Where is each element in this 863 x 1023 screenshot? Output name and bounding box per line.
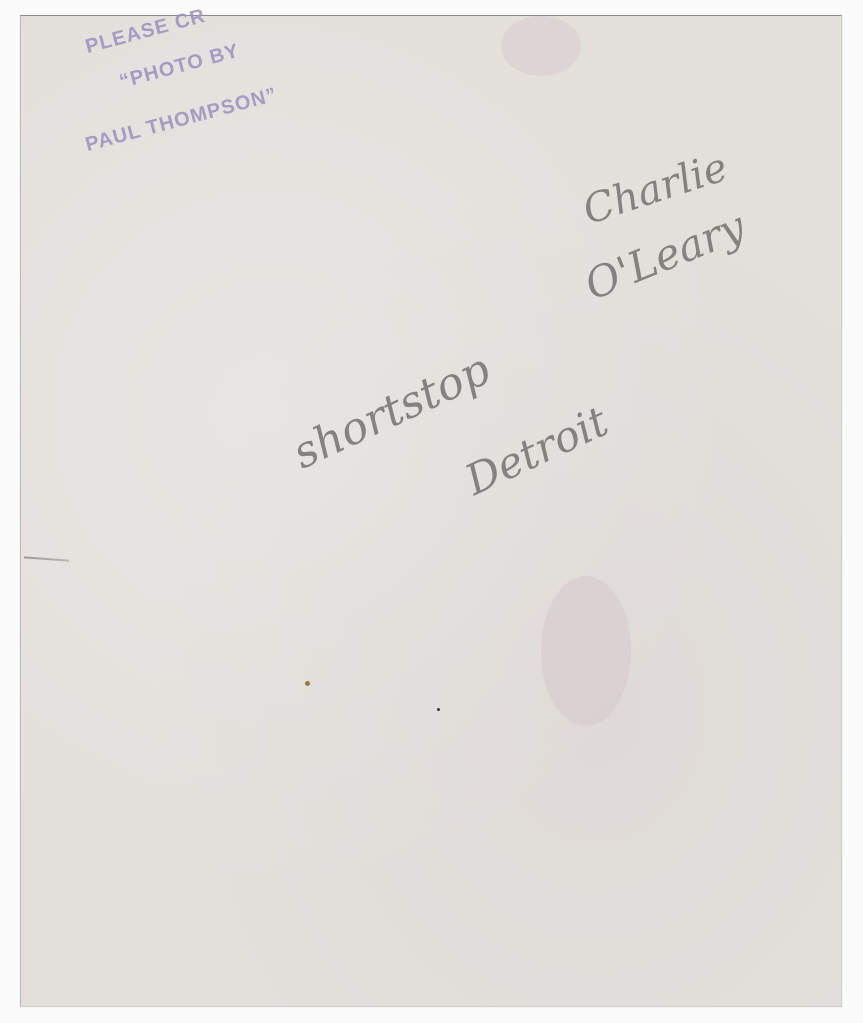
foxing-spot — [305, 681, 310, 686]
handwritten-team: Detroit — [458, 396, 616, 504]
stamp-line-please-credit: PLEASE CR — [83, 5, 208, 59]
photo-back-card: PLEASE CR “PHOTO BY PAUL THOMPSON” Charl… — [20, 15, 842, 1007]
stamp-line-photographer: PAUL THOMPSON” — [83, 84, 280, 157]
stamp-line-photo-by: “PHOTO BY — [117, 40, 242, 94]
stain-mark — [501, 16, 581, 76]
dirt-spot — [437, 708, 440, 711]
stain-mark — [541, 576, 631, 726]
